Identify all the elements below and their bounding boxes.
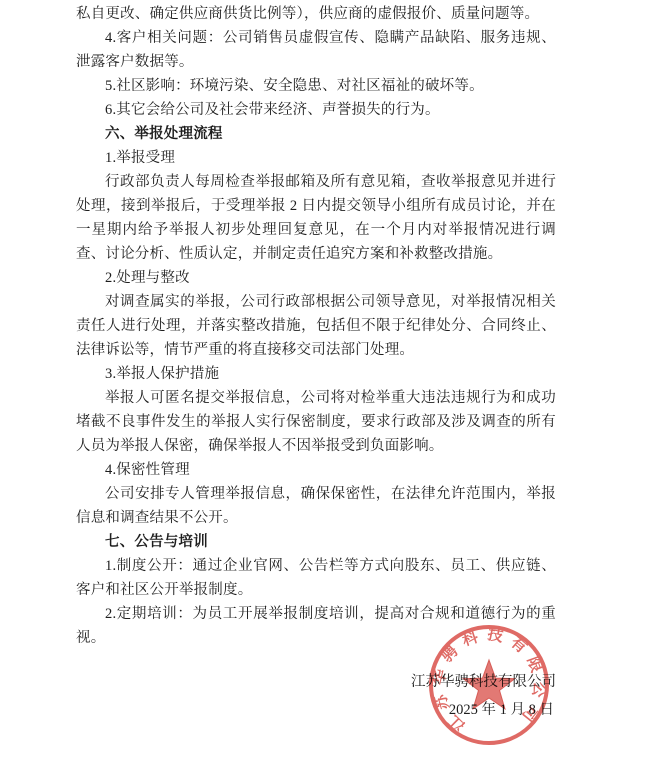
paragraph-report-acceptance-body: 行政部负责人每周检查举报邮箱及所有意见箱，查收举报意见并进行处理，接到举报后，于… [76,170,556,266]
paragraph-whistleblower-protection-body: 举报人可匿名提交举报信息，公司将对检举重大违法违规行为和成功堵截不良事件发生的举… [76,386,556,458]
signature-block: 江苏华骋科技有限公司 2025 年 1 月 8 日 [76,670,556,722]
company-name: 江苏华骋科技有限公司 [76,670,556,694]
list-item-other-losses: 6.其它会给公司及社会带来经济、声誉损失的行为。 [76,98,556,122]
section-heading-announcement-training: 七、公告与培训 [76,530,556,554]
paragraph-system-disclosure: 1.制度公开：通过企业官网、公告栏等方式向股东、员工、供应链、客户和社区公开举报… [76,554,556,602]
subsection-confidentiality: 4.保密性管理 [76,458,556,482]
paragraph-continuation: 私自更改、确定供应商供货比例等），供应商的虚假报价、质量问题等。 [76,2,556,26]
paragraph-regular-training: 2.定期培训：为员工开展举报制度培训，提高对合规和道德行为的重视。 [76,602,556,650]
subsection-report-acceptance: 1.举报受理 [76,146,556,170]
list-item-customer-issues: 4.客户相关问题：公司销售员虚假宣传、隐瞒产品缺陷、服务违规、泄露客户数据等。 [76,26,556,74]
paragraph-handling-rectification-body: 对调查属实的举报，公司行政部根据公司领导意见，对举报情况相关责任人进行处理，并落… [76,290,556,362]
subsection-handling-rectification: 2.处理与整改 [76,266,556,290]
list-item-community-impact: 5.社区影响：环境污染、安全隐患、对社区福祉的破坏等。 [76,74,556,98]
document-page: 私自更改、确定供应商供货比例等），供应商的虚假报价、质量问题等。 4.客户相关问… [0,0,650,768]
subsection-whistleblower-protection: 3.举报人保护措施 [76,362,556,386]
signature-date: 2025 年 1 月 8 日 [76,698,556,722]
section-heading-report-process: 六、举报处理流程 [76,122,556,146]
paragraph-confidentiality-body: 公司安排专人管理举报信息，确保保密性，在法律允许范围内，举报信息和调查结果不公开… [76,482,556,530]
